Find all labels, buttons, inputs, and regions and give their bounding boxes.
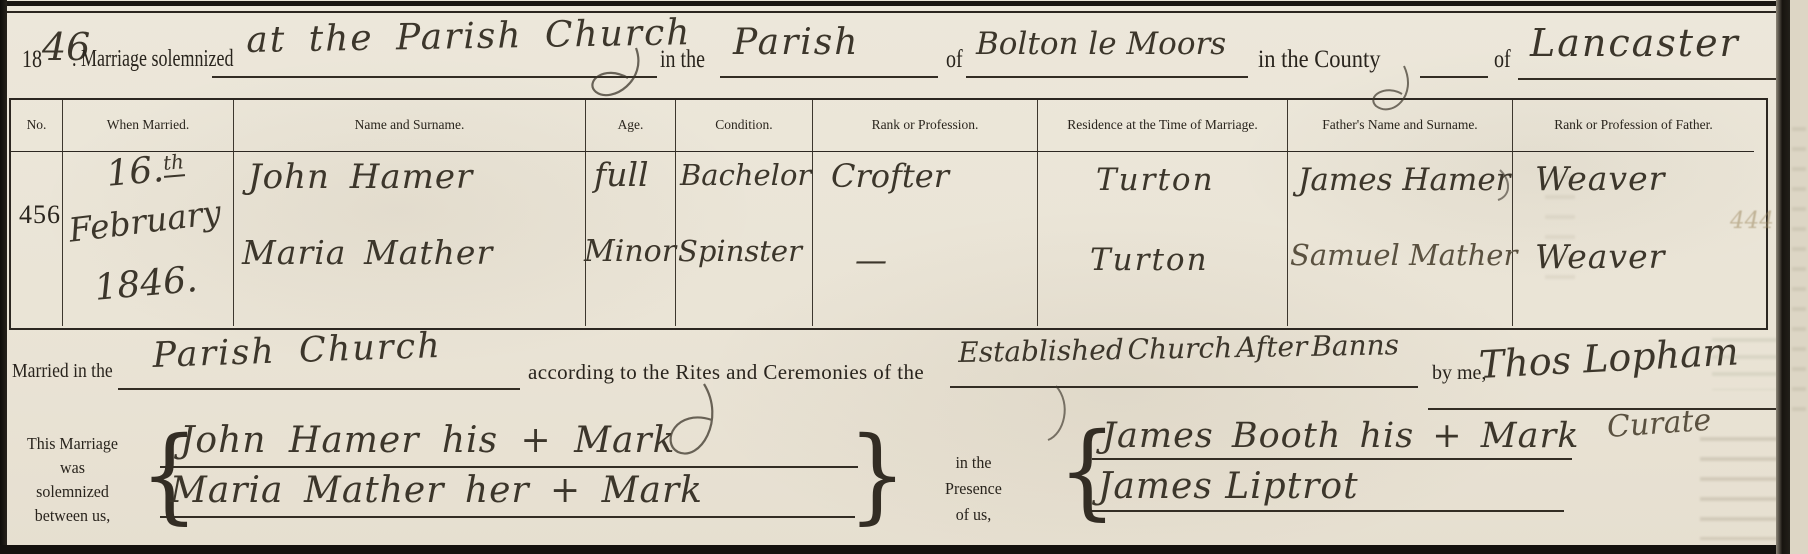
top-rule-thin [0,11,1808,13]
headline-county-hand: Lancaster [1530,24,1740,64]
party-signature-1: John Hamer his + Mark [180,422,675,460]
headline-blank-rule-5 [1518,78,1798,80]
witness-signature-rule-1 [1092,458,1572,460]
when-married-day: 16.th [105,149,186,193]
when-married-day-suffix: th [162,150,185,178]
ceremony-church-hand: Parish Church [152,328,442,375]
bride-rank: — [855,244,887,278]
presence-label: in the Presence of us, [918,450,1029,528]
this-marriage-line4: between us, [2,504,143,528]
headline-blank-rule-3 [966,76,1248,78]
this-marriage-line2: was [2,456,143,480]
col-header-father-rank: Rank or Profession of Father. [1513,100,1754,152]
married-in-the-label: Married in the [12,360,113,383]
witness-signature-rule-2 [1092,510,1564,512]
bride-father-name: Samuel Mather [1290,240,1517,270]
minister-title: Curate [1606,405,1712,444]
cell-residences: Turton Turton [1038,152,1288,326]
when-married-year: 1846. [93,261,199,308]
witness-signature-2: James Liptrot [1098,468,1359,506]
groom-condition: Bachelor [680,160,811,190]
cell-father-names: James Hamer Samuel Mather [1288,152,1513,326]
groom-age: full [594,158,649,193]
party-signature-2: Maria Mather her + Mark [170,472,703,510]
ceremony-rites-hand: Established Church After Banns [958,330,1399,367]
this-marriage-line1: This Marriage [2,432,143,456]
groom-rank: Crofter [831,160,949,194]
cell-names: John Hamer Maria Mather [234,152,586,326]
headline-blank-rule-1 [212,76,657,78]
col-header-father-name: Father's Name and Surname. [1288,100,1513,152]
groom-residence: Turton [1096,164,1215,197]
ceremony-blank-rule-1 [118,388,520,390]
headline-blank-rule-4 [1420,76,1488,78]
col-header-when-married: When Married. [63,100,234,152]
marriage-register-scan: 18 46 . Marriage solemnized at the Paris… [0,0,1808,554]
groom-name: John Hamer [248,160,473,196]
cell-conditions: Bachelor Spinster [676,152,813,326]
rites-label: according to the Rites and Ceremonies of… [528,360,924,385]
headline-year-printed: 18 [22,46,42,74]
register-table: No. When Married. Name and Surname. Age.… [9,98,1768,330]
party-signature-rule-1 [160,466,858,468]
presence-line2: Presence [918,476,1029,502]
parties-close-brace: } [848,424,907,527]
headline-in-the-label: in the [660,46,705,74]
groom-father-rank: Weaver [1535,162,1665,197]
headline-solemnized-label: . Marriage solemnized [72,46,233,73]
minister-signature: Thos Lopham [1478,332,1740,385]
col-header-name-surname: Name and Surname. [234,100,586,152]
cell-father-ranks: Weaver Weaver [1513,152,1754,326]
ghost-bleed-block-2 [1700,430,1778,540]
top-rule-thick [0,1,1808,6]
headline-of-label-2: of [1494,46,1511,74]
when-married-month: February [67,195,223,248]
col-header-no: No. [11,100,63,152]
headline-parish-name-hand: Bolton le Moors [976,28,1226,61]
bride-condition: Spinster [678,236,802,266]
cell-rank-profession: Crofter — [813,152,1038,326]
cell-entry-number: 456 [11,152,63,326]
this-marriage-line3: solemnized [2,480,143,504]
cell-when-married: 16.th February 1846. [63,152,234,326]
col-header-rank-profession: Rank or Profession. [813,100,1038,152]
bride-name: Maria Mather [242,236,493,271]
witness-signature-1: James Booth his + Mark [1102,418,1579,455]
bride-age: Minor [584,236,676,268]
ghost-bleed-number: 444 [1730,208,1774,234]
entry-number: 456 [19,200,61,230]
headline-county-label: in the County [1258,46,1380,74]
headline-place-hand: at the Parish Church [246,14,692,60]
headline-of-label-1: of [946,46,963,74]
cell-ages: full Minor [586,152,676,326]
col-header-age: Age. [586,100,676,152]
this-marriage-label: This Marriage was solemnized between us, [2,432,143,528]
groom-father-name: James Hamer [1298,164,1511,197]
party-signature-rule-2 [160,516,855,518]
bride-father-rank: Weaver [1535,240,1665,275]
presence-line3: of us, [918,502,1029,528]
col-header-residence: Residence at the Time of Marriage. [1038,100,1288,152]
bride-residence: Turton [1090,244,1209,277]
page-fold-edge [1776,0,1790,554]
next-page-ghost-text [1792,120,1806,420]
next-page-sliver [1790,0,1808,554]
bottom-rule [0,545,1792,554]
headline-blank-rule-2 [720,76,938,78]
ceremony-blank-rule-2 [950,386,1418,388]
presence-line1: in the [918,450,1029,476]
col-header-condition: Condition. [676,100,813,152]
headline-parish-hand: Parish [733,24,859,62]
